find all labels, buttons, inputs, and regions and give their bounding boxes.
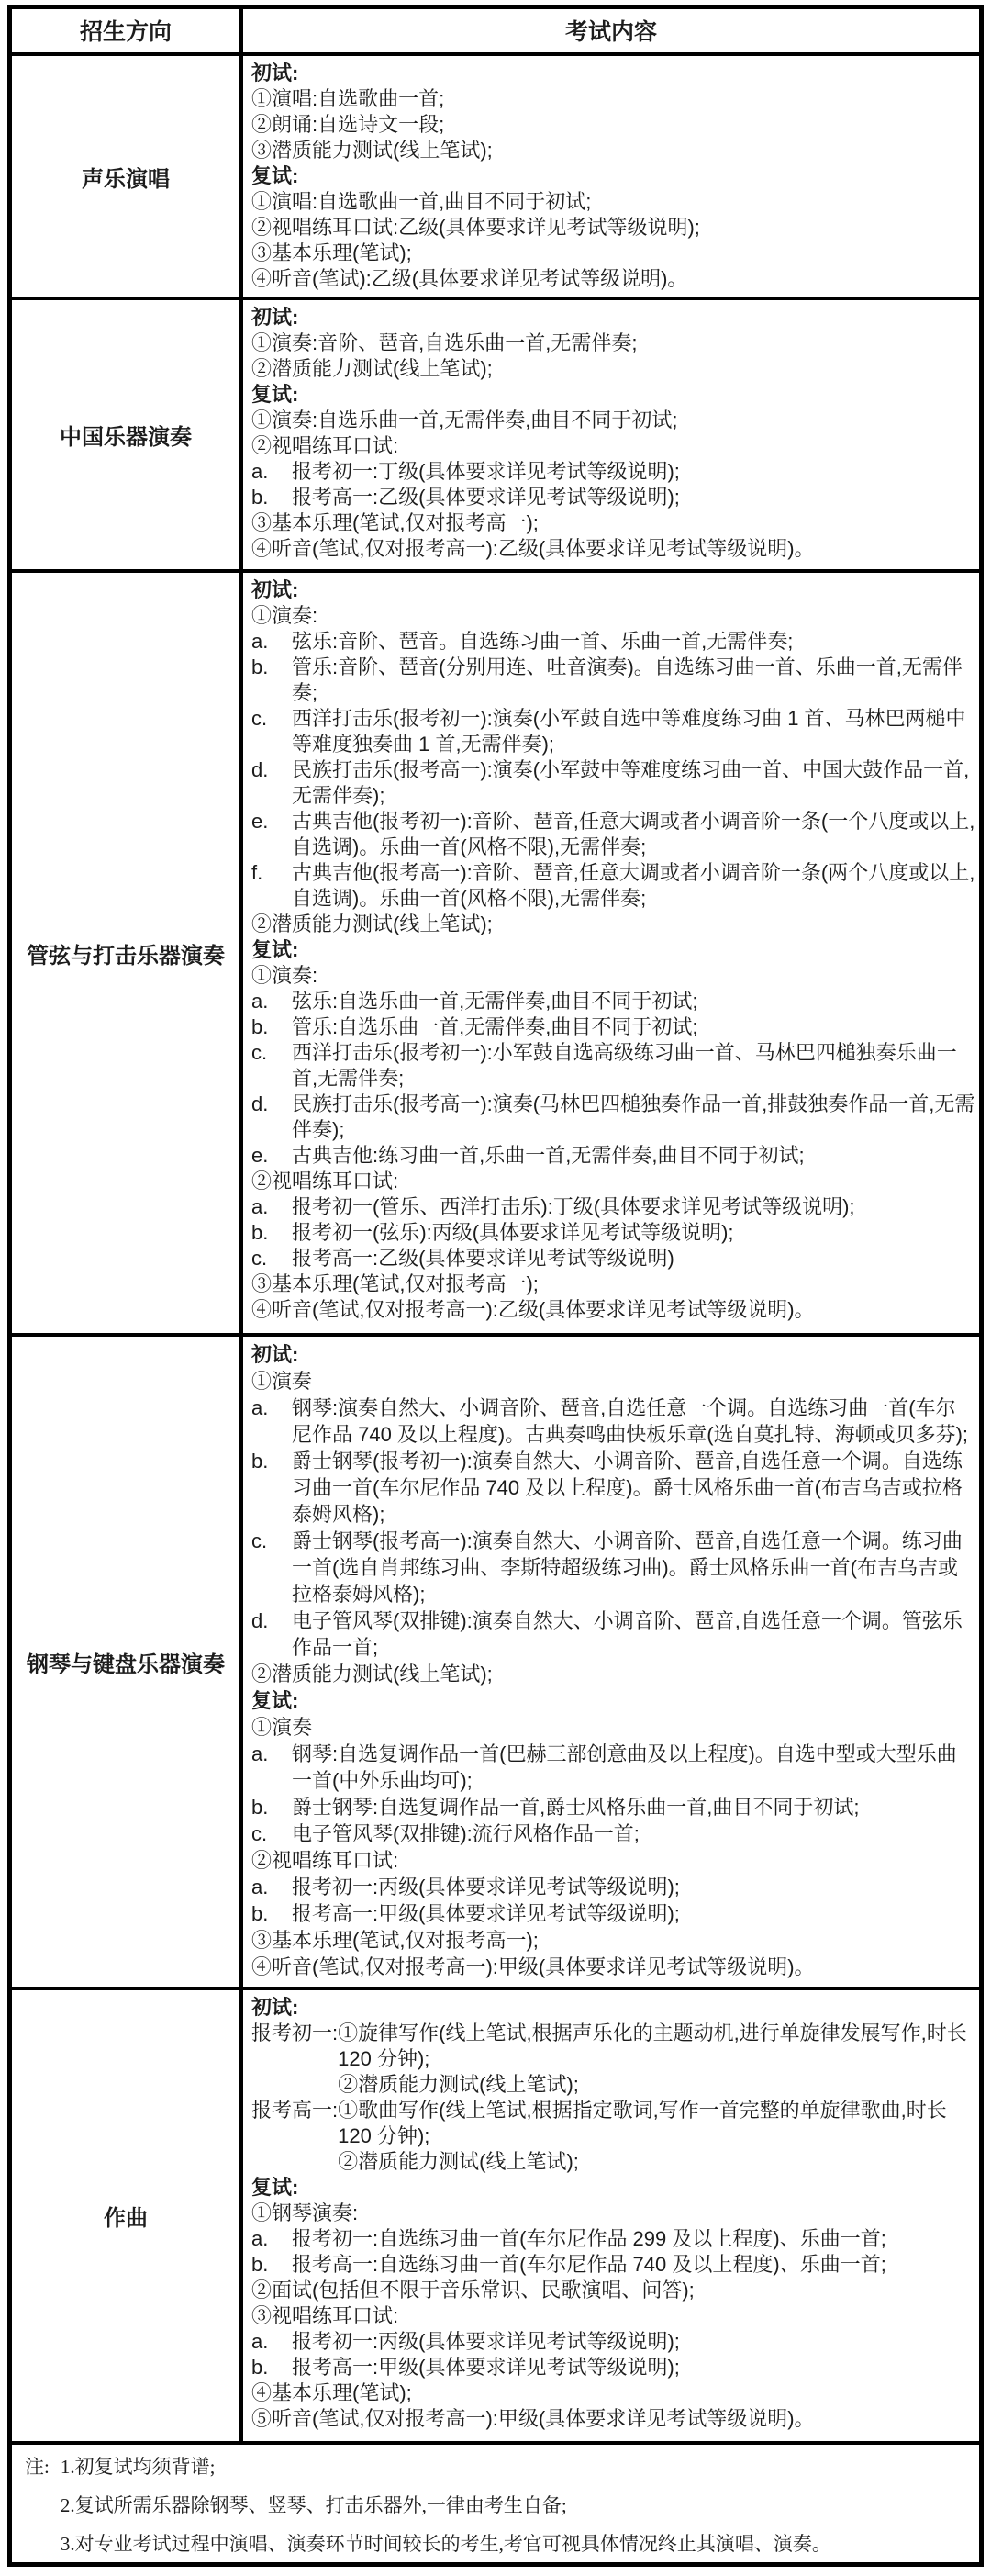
content-line: ①演奏:自选乐曲一首,无需伴奏,曲目不同于初试;	[251, 408, 975, 433]
sub-item-marker: c.	[251, 1820, 292, 1847]
sub-item-text: 报考初一:丙级(具体要求详见考试等级说明);	[292, 1874, 975, 1900]
content-line: ②潜质能力测试(线上笔试);	[251, 1661, 975, 1687]
sub-item-text: 爵士钢琴(报考高一):演奏自然大、小调音阶、琶音,自选任意一个调。练习曲一首(选…	[292, 1528, 975, 1607]
sub-item-text: 钢琴:自选复调作品一首(巴赫三部创意曲及以上程度)。自选中型或大型乐曲一首(中外…	[292, 1741, 975, 1794]
exam-content-cell: 初试:①演奏:音阶、琶音,自选乐曲一首,无需伴奏;②潜质能力测试(线上笔试);复…	[243, 300, 979, 569]
sub-item: c.西洋打击乐(报考初一):演奏(小军鼓自选中等难度练习曲 1 首、马林巴两槌中…	[251, 706, 975, 757]
section-heading: 初试:	[251, 577, 975, 603]
notes-list: 1.初复试均须背谱; 2.复试所需乐器除钢琴、竖琴、打击乐器外,一律由考生自备;…	[61, 2454, 970, 2557]
content-line: ②潜质能力测试(线上笔试);	[251, 356, 975, 382]
labeled-block: 报考高一:①歌曲写作(线上笔试,根据指定歌词,写作一首完整的单旋律歌曲,时长 1…	[251, 2098, 975, 2175]
table-row: 管弦与打击乐器演奏初试:①演奏:a.弦乐:音阶、琶音。自选练习曲一首、乐曲一首,…	[12, 573, 979, 1337]
sub-item: e.古典吉他(报考初一):音阶、琶音,任意大调或者小调音阶一条(一个八度或以上,…	[251, 809, 975, 860]
header-cell-exam-content: 考试内容	[243, 9, 979, 52]
content-line: ①演奏:	[251, 963, 975, 989]
sub-item-marker: f.	[251, 860, 292, 912]
content-line: ②视唱练耳口试:	[251, 1169, 975, 1194]
sub-item-marker: a.	[251, 989, 292, 1014]
content-line: ④听音(笔试,仅对报考高一):乙级(具体要求详见考试等级说明)。	[251, 536, 975, 562]
content-line: ①演奏	[251, 1368, 975, 1394]
row-label: 钢琴与键盘乐器演奏	[12, 1337, 243, 1987]
sub-item-text: 报考高一:自选练习曲一首(车尔尼作品 740 及以上程度)、乐曲一首;	[292, 2252, 975, 2278]
sub-item-marker: a.	[251, 459, 292, 485]
sub-item-marker: c.	[251, 706, 292, 757]
sub-item-marker: b.	[251, 1900, 292, 1927]
table-header-row: 招生方向 考试内容	[12, 9, 979, 56]
sub-item: d.民族打击乐(报考高一):演奏(马林巴四槌独奏作品一首,排鼓独奏作品一首,无需…	[251, 1092, 975, 1143]
table-rows: 声乐演唱初试:①演唱:自选歌曲一首;②朗诵:自选诗文一段;③潜质能力测试(线上笔…	[12, 56, 979, 2441]
section-heading: 初试:	[251, 61, 975, 86]
sub-item-marker: e.	[251, 1143, 292, 1169]
sub-item-marker: a.	[251, 1394, 292, 1448]
sub-item: b.管乐:自选乐曲一首,无需伴奏,曲目不同于初试;	[251, 1014, 975, 1040]
sub-item-text: 西洋打击乐(报考初一):小军鼓自选高级练习曲一首、马林巴四槌独奏乐曲一首,无需伴…	[292, 1040, 975, 1092]
block-lines: ①旋律写作(线上笔试,根据声乐化的主题动机,进行单旋律发展写作,时长 120 分…	[338, 2021, 975, 2098]
sub-item: a.钢琴:自选复调作品一首(巴赫三部创意曲及以上程度)。自选中型或大型乐曲一首(…	[251, 1741, 975, 1794]
sub-item-text: 管乐:音阶、琶音(分别用连、吐音演奏)。自选练习曲一首、乐曲一首,无需伴奏;	[292, 655, 975, 706]
sub-item-text: 古典吉他(报考高一):音阶、琶音,任意大调或者小调音阶一条(两个八度或以上,自选…	[292, 860, 975, 912]
sub-item-marker: a.	[251, 1194, 292, 1220]
sub-item: c.爵士钢琴(报考高一):演奏自然大、小调音阶、琶音,自选任意一个调。练习曲一首…	[251, 1528, 975, 1607]
content-line: ①演奏:音阶、琶音,自选乐曲一首,无需伴奏;	[251, 330, 975, 356]
sub-item: a.报考初一:丁级(具体要求详见考试等级说明);	[251, 459, 975, 485]
section-heading: 复试:	[251, 2175, 975, 2201]
sub-item: b.报考高一:自选练习曲一首(车尔尼作品 740 及以上程度)、乐曲一首;	[251, 2252, 975, 2278]
sub-item: b.爵士钢琴:自选复调作品一首,爵士风格乐曲一首,曲目不同于初试;	[251, 1794, 975, 1820]
sub-item-marker: c.	[251, 1528, 292, 1607]
sub-item-text: 电子管风琴(双排键):流行风格作品一首;	[292, 1820, 975, 1847]
sub-item-text: 报考初一(弦乐):丙级(具体要求详见考试等级说明);	[292, 1220, 975, 1246]
sub-item-text: 报考高一:乙级(具体要求详见考试等级说明)	[292, 1246, 975, 1271]
sub-item-text: 弦乐:自选乐曲一首,无需伴奏,曲目不同于初试;	[292, 989, 975, 1014]
sub-item-text: 报考初一:丁级(具体要求详见考试等级说明);	[292, 459, 975, 485]
sub-item: a.报考初一(管乐、西洋打击乐):丁级(具体要求详见考试等级说明);	[251, 1194, 975, 1220]
sub-item-marker: b.	[251, 2252, 292, 2278]
sub-item-marker: b.	[251, 485, 292, 510]
content-line: ③基本乐理(笔试,仅对报考高一);	[251, 1927, 975, 1954]
sub-item-text: 报考高一:甲级(具体要求详见考试等级说明);	[292, 2355, 975, 2380]
header-cell-direction: 招生方向	[12, 9, 243, 52]
sub-item-text: 民族打击乐(报考高一):演奏(马林巴四槌独奏作品一首,排鼓独奏作品一首,无需伴奏…	[292, 1092, 975, 1143]
content-line: ②潜质能力测试(线上笔试);	[338, 2149, 975, 2175]
content-line: ③基本乐理(笔试);	[251, 241, 975, 266]
sub-item-text: 钢琴:演奏自然大、小调音阶、琶音,自选任意一个调。自选练习曲一首(车尔尼作品 7…	[292, 1394, 975, 1448]
sub-item-marker: b.	[251, 1220, 292, 1246]
table-row: 中国乐器演奏初试:①演奏:音阶、琶音,自选乐曲一首,无需伴奏;②潜质能力测试(线…	[12, 300, 979, 573]
table-row: 声乐演唱初试:①演唱:自选歌曲一首;②朗诵:自选诗文一段;③潜质能力测试(线上笔…	[12, 56, 979, 300]
sub-item-text: 电子管风琴(双排键):演奏自然大、小调音阶、琶音,自选任意一个调。管弦乐作品一首…	[292, 1607, 975, 1661]
sub-item-marker: a.	[251, 1874, 292, 1900]
sub-item: b.爵士钢琴(报考初一):演奏自然大、小调音阶、琶音,自选任意一个调。自选练习曲…	[251, 1448, 975, 1528]
sub-item: a.钢琴:演奏自然大、小调音阶、琶音,自选任意一个调。自选练习曲一首(车尔尼作品…	[251, 1394, 975, 1448]
sub-item-text: 报考高一:甲级(具体要求详见考试等级说明);	[292, 1900, 975, 1927]
sub-item: e.古典吉他:练习曲一首,乐曲一首,无需伴奏,曲目不同于初试;	[251, 1143, 975, 1169]
content-line: ①演唱:自选歌曲一首;	[251, 86, 975, 112]
sub-item-marker: d.	[251, 757, 292, 809]
sub-item: b.报考高一:甲级(具体要求详见考试等级说明);	[251, 1900, 975, 1927]
section-heading: 复试:	[251, 382, 975, 408]
content-line: ⑤听音(笔试,仅对报考高一):甲级(具体要求详见考试等级说明)。	[251, 2406, 975, 2432]
sub-item: a.报考初一:丙级(具体要求详见考试等级说明);	[251, 2329, 975, 2355]
content-line: ③基本乐理(笔试,仅对报考高一);	[251, 1271, 975, 1297]
sub-item: b.报考高一:甲级(具体要求详见考试等级说明);	[251, 2355, 975, 2380]
sub-item-marker: d.	[251, 1092, 292, 1143]
content-line: ③视唱练耳口试:	[251, 2303, 975, 2329]
content-line: ④听音(笔试,仅对报考高一):乙级(具体要求详见考试等级说明)。	[251, 1297, 975, 1323]
sub-item-marker: b.	[251, 1448, 292, 1528]
content-line: ②朗诵:自选诗文一段;	[251, 112, 975, 138]
admission-exam-table: 招生方向 考试内容 声乐演唱初试:①演唱:自选歌曲一首;②朗诵:自选诗文一段;③…	[7, 5, 984, 2567]
sub-item-marker: c.	[251, 1246, 292, 1271]
section-heading: 复试:	[251, 163, 975, 189]
sub-item: a.弦乐:音阶、琶音。自选练习曲一首、乐曲一首,无需伴奏;	[251, 629, 975, 655]
sub-item-marker: b.	[251, 1794, 292, 1820]
sub-item-marker: b.	[251, 1014, 292, 1040]
sub-item-marker: e.	[251, 809, 292, 860]
sub-item-text: 爵士钢琴:自选复调作品一首,爵士风格乐曲一首,曲目不同于初试;	[292, 1794, 975, 1820]
row-label: 管弦与打击乐器演奏	[12, 573, 243, 1333]
exam-content-cell: 初试:报考初一:①旋律写作(线上笔试,根据声乐化的主题动机,进行单旋律发展写作,…	[243, 1990, 979, 2441]
content-line: ①演奏:	[251, 603, 975, 629]
sub-item-marker: b.	[251, 2355, 292, 2380]
sub-item-text: 西洋打击乐(报考初一):演奏(小军鼓自选中等难度练习曲 1 首、马林巴两槌中等难…	[292, 706, 975, 757]
row-label: 中国乐器演奏	[12, 300, 243, 569]
sub-item-marker: d.	[251, 1607, 292, 1661]
content-line: ③潜质能力测试(线上笔试);	[251, 138, 975, 163]
exam-content-cell: 初试:①演奏a.钢琴:演奏自然大、小调音阶、琶音,自选任意一个调。自选练习曲一首…	[243, 1337, 979, 1987]
content-line: ④听音(笔试):乙级(具体要求详见考试等级说明)。	[251, 266, 975, 292]
sub-item-text: 弦乐:音阶、琶音。自选练习曲一首、乐曲一首,无需伴奏;	[292, 629, 975, 655]
content-line: ③基本乐理(笔试,仅对报考高一);	[251, 510, 975, 536]
sub-item-text: 古典吉他(报考初一):音阶、琶音,任意大调或者小调音阶一条(一个八度或以上,自选…	[292, 809, 975, 860]
content-line: ④听音(笔试,仅对报考高一):甲级(具体要求详见考试等级说明)。	[251, 1954, 975, 1980]
table-row: 钢琴与键盘乐器演奏初试:①演奏a.钢琴:演奏自然大、小调音阶、琶音,自选任意一个…	[12, 1337, 979, 1990]
sub-item: b.管乐:音阶、琶音(分别用连、吐音演奏)。自选练习曲一首、乐曲一首,无需伴奏;	[251, 655, 975, 706]
sub-item-text: 爵士钢琴(报考初一):演奏自然大、小调音阶、琶音,自选任意一个调。自选练习曲一首…	[292, 1448, 975, 1528]
content-line: ②视唱练耳口试:乙级(具体要求详见考试等级说明);	[251, 215, 975, 241]
sub-item-text: 报考初一(管乐、西洋打击乐):丁级(具体要求详见考试等级说明);	[292, 1194, 975, 1220]
sub-item: b.报考初一(弦乐):丙级(具体要求详见考试等级说明);	[251, 1220, 975, 1246]
row-label: 作曲	[12, 1990, 243, 2441]
section-heading: 初试:	[251, 1341, 975, 1368]
notes-row: 注: 1.初复试均须背谱; 2.复试所需乐器除钢琴、竖琴、打击乐器外,一律由考生…	[12, 2441, 979, 2562]
sub-item-marker: a.	[251, 629, 292, 655]
block-label: 报考初一:	[251, 2021, 338, 2098]
sub-item: b.报考高一:乙级(具体要求详见考试等级说明);	[251, 485, 975, 510]
sub-item: c.电子管风琴(双排键):流行风格作品一首;	[251, 1820, 975, 1847]
content-line: ④基本乐理(笔试);	[251, 2380, 975, 2406]
sub-item-text: 古典吉他:练习曲一首,乐曲一首,无需伴奏,曲目不同于初试;	[292, 1143, 975, 1169]
content-line: ①演唱:自选歌曲一首,曲目不同于初试;	[251, 189, 975, 215]
sub-item-marker: a.	[251, 2329, 292, 2355]
section-heading: 初试:	[251, 305, 975, 330]
sub-item: d.电子管风琴(双排键):演奏自然大、小调音阶、琶音,自选任意一个调。管弦乐作品…	[251, 1607, 975, 1661]
sub-item-text: 民族打击乐(报考高一):演奏(小军鼓中等难度练习曲一首、中国大鼓作品一首,无需伴…	[292, 757, 975, 809]
row-label: 声乐演唱	[12, 56, 243, 297]
sub-item-text: 管乐:自选乐曲一首,无需伴奏,曲目不同于初试;	[292, 1014, 975, 1040]
sub-item-text: 报考初一:自选练习曲一首(车尔尼作品 299 及以上程度)、乐曲一首;	[292, 2226, 975, 2252]
sub-item: a.报考初一:自选练习曲一首(车尔尼作品 299 及以上程度)、乐曲一首;	[251, 2226, 975, 2252]
sub-item-marker: c.	[251, 1040, 292, 1092]
content-line: ①旋律写作(线上笔试,根据声乐化的主题动机,进行单旋律发展写作,时长 120 分…	[338, 2021, 975, 2072]
sub-item: d.民族打击乐(报考高一):演奏(小军鼓中等难度练习曲一首、中国大鼓作品一首,无…	[251, 757, 975, 809]
sub-item: c.报考高一:乙级(具体要求详见考试等级说明)	[251, 1246, 975, 1271]
content-line: ②面试(包括但不限于音乐常识、民歌演唱、问答);	[251, 2278, 975, 2303]
sub-item: c.西洋打击乐(报考初一):小军鼓自选高级练习曲一首、马林巴四槌独奏乐曲一首,无…	[251, 1040, 975, 1092]
labeled-block: 报考初一:①旋律写作(线上笔试,根据声乐化的主题动机,进行单旋律发展写作,时长 …	[251, 2021, 975, 2098]
sub-item: a.报考初一:丙级(具体要求详见考试等级说明);	[251, 1874, 975, 1900]
notes-prefix: 注:	[25, 2454, 50, 2557]
content-line: ②潜质能力测试(线上笔试);	[251, 912, 975, 937]
content-line: ①钢琴演奏:	[251, 2201, 975, 2226]
note-item: 2.复试所需乐器除钢琴、竖琴、打击乐器外,一律由考生自备;	[61, 2492, 970, 2518]
content-line: ②视唱练耳口试:	[251, 1847, 975, 1874]
sub-item: f.古典吉他(报考高一):音阶、琶音,任意大调或者小调音阶一条(两个八度或以上,…	[251, 860, 975, 912]
block-lines: ①歌曲写作(线上笔试,根据指定歌词,写作一首完整的单旋律歌曲,时长 120 分钟…	[338, 2098, 975, 2175]
sub-item-text: 报考高一:乙级(具体要求详见考试等级说明);	[292, 485, 975, 510]
exam-content-cell: 初试:①演奏:a.弦乐:音阶、琶音。自选练习曲一首、乐曲一首,无需伴奏;b.管乐…	[243, 573, 979, 1333]
block-label: 报考高一:	[251, 2098, 338, 2175]
content-line: ②潜质能力测试(线上笔试);	[338, 2072, 975, 2098]
section-heading: 初试:	[251, 1995, 975, 2021]
content-line: ①演奏	[251, 1714, 975, 1741]
section-heading: 复试:	[251, 1687, 975, 1714]
sub-item-marker: b.	[251, 655, 292, 706]
content-line: ①歌曲写作(线上笔试,根据指定歌词,写作一首完整的单旋律歌曲,时长 120 分钟…	[338, 2098, 975, 2149]
exam-content-cell: 初试:①演唱:自选歌曲一首;②朗诵:自选诗文一段;③潜质能力测试(线上笔试);复…	[243, 56, 979, 297]
note-item: 1.初复试均须背谱;	[61, 2454, 970, 2480]
sub-item-marker: a.	[251, 2226, 292, 2252]
table-row: 作曲初试:报考初一:①旋律写作(线上笔试,根据声乐化的主题动机,进行单旋律发展写…	[12, 1990, 979, 2441]
sub-item-marker: a.	[251, 1741, 292, 1794]
content-line: ②视唱练耳口试:	[251, 433, 975, 459]
sub-item: a.弦乐:自选乐曲一首,无需伴奏,曲目不同于初试;	[251, 989, 975, 1014]
section-heading: 复试:	[251, 937, 975, 963]
sub-item-text: 报考初一:丙级(具体要求详见考试等级说明);	[292, 2329, 975, 2355]
note-item: 3.对专业考试过程中演唱、演奏环节时间较长的考生,考官可视具体情况终止其演唱、演…	[61, 2531, 970, 2557]
